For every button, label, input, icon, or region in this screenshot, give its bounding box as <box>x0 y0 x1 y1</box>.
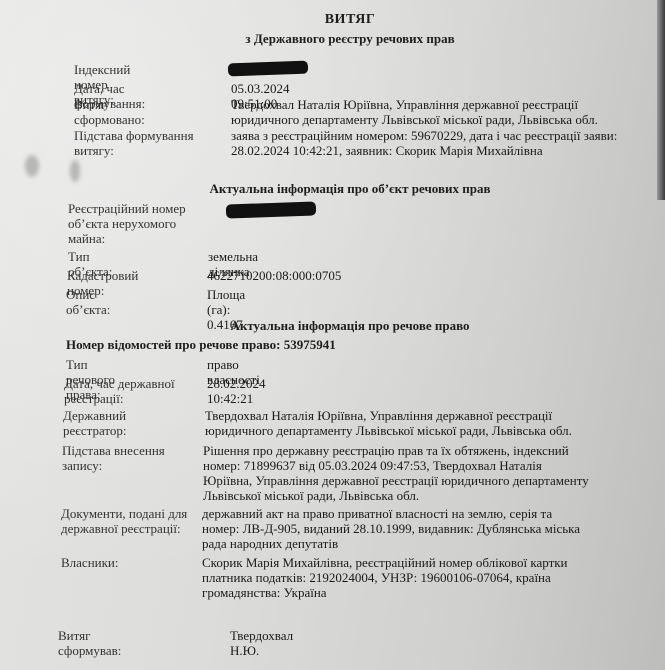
ink-smudge <box>70 160 80 182</box>
object-section-heading: Актуальна інформація про об’єкт речових … <box>0 181 665 197</box>
submitted-documents-value: державний акт на право приватної власнос… <box>202 506 580 551</box>
document-title: ВИТЯГ <box>0 12 665 28</box>
object-reg-number-redacted <box>226 201 316 218</box>
formation-basis-label: Підстава формування витягу: <box>74 128 194 158</box>
registration-datetime-value: 28.02.2024 10:42:21 <box>207 376 266 406</box>
ink-smudge <box>25 155 39 177</box>
owners-value: Скорик Марія Михайлівна, реєстраційний н… <box>202 555 568 600</box>
entry-basis-value: Рішення про державну реєстрацію прав та … <box>203 443 589 503</box>
formed-by-value: Твердохвал Наталія Юріївна, Управління д… <box>231 97 598 127</box>
object-description-label: Опис об’єкта: <box>66 287 110 317</box>
extract-formed-by-value: Твердохвал Н.Ю. <box>230 628 293 658</box>
right-section-heading: Актуальна інформація про речове право <box>0 318 665 334</box>
object-reg-number-label: Реєстраційний номер об’єкта нерухомого м… <box>68 201 186 246</box>
registry-extract-document: ВИТЯГ з Державного реєстру речових прав … <box>0 0 665 670</box>
page-edge-shadow <box>657 0 665 200</box>
index-number-redacted <box>228 61 308 77</box>
extract-formed-by-label: Витяг сформував: <box>58 628 121 658</box>
entry-basis-label: Підстава внесення запису: <box>62 443 165 473</box>
formation-basis-value: заява з реєстраційним номером: 59670229,… <box>231 128 617 158</box>
registration-datetime-label: Дата, час державної реєстрації: <box>64 376 175 406</box>
right-record-number: Номер відомостей про речове право: 53975… <box>66 337 336 353</box>
cadastral-number-value: 4622710200:08:000:0705 <box>207 268 341 283</box>
state-registrar-value: Твердохвал Наталія Юріївна, Управління д… <box>205 408 572 438</box>
state-registrar-label: Державний реєстратор: <box>63 408 127 438</box>
owners-label: Власники: <box>61 555 119 570</box>
submitted-documents-label: Документи, подані для державної реєстрац… <box>61 506 187 536</box>
document-subtitle: з Державного реєстру речових прав <box>0 31 665 47</box>
formed-by-label: Витяг сформовано: <box>74 97 145 127</box>
